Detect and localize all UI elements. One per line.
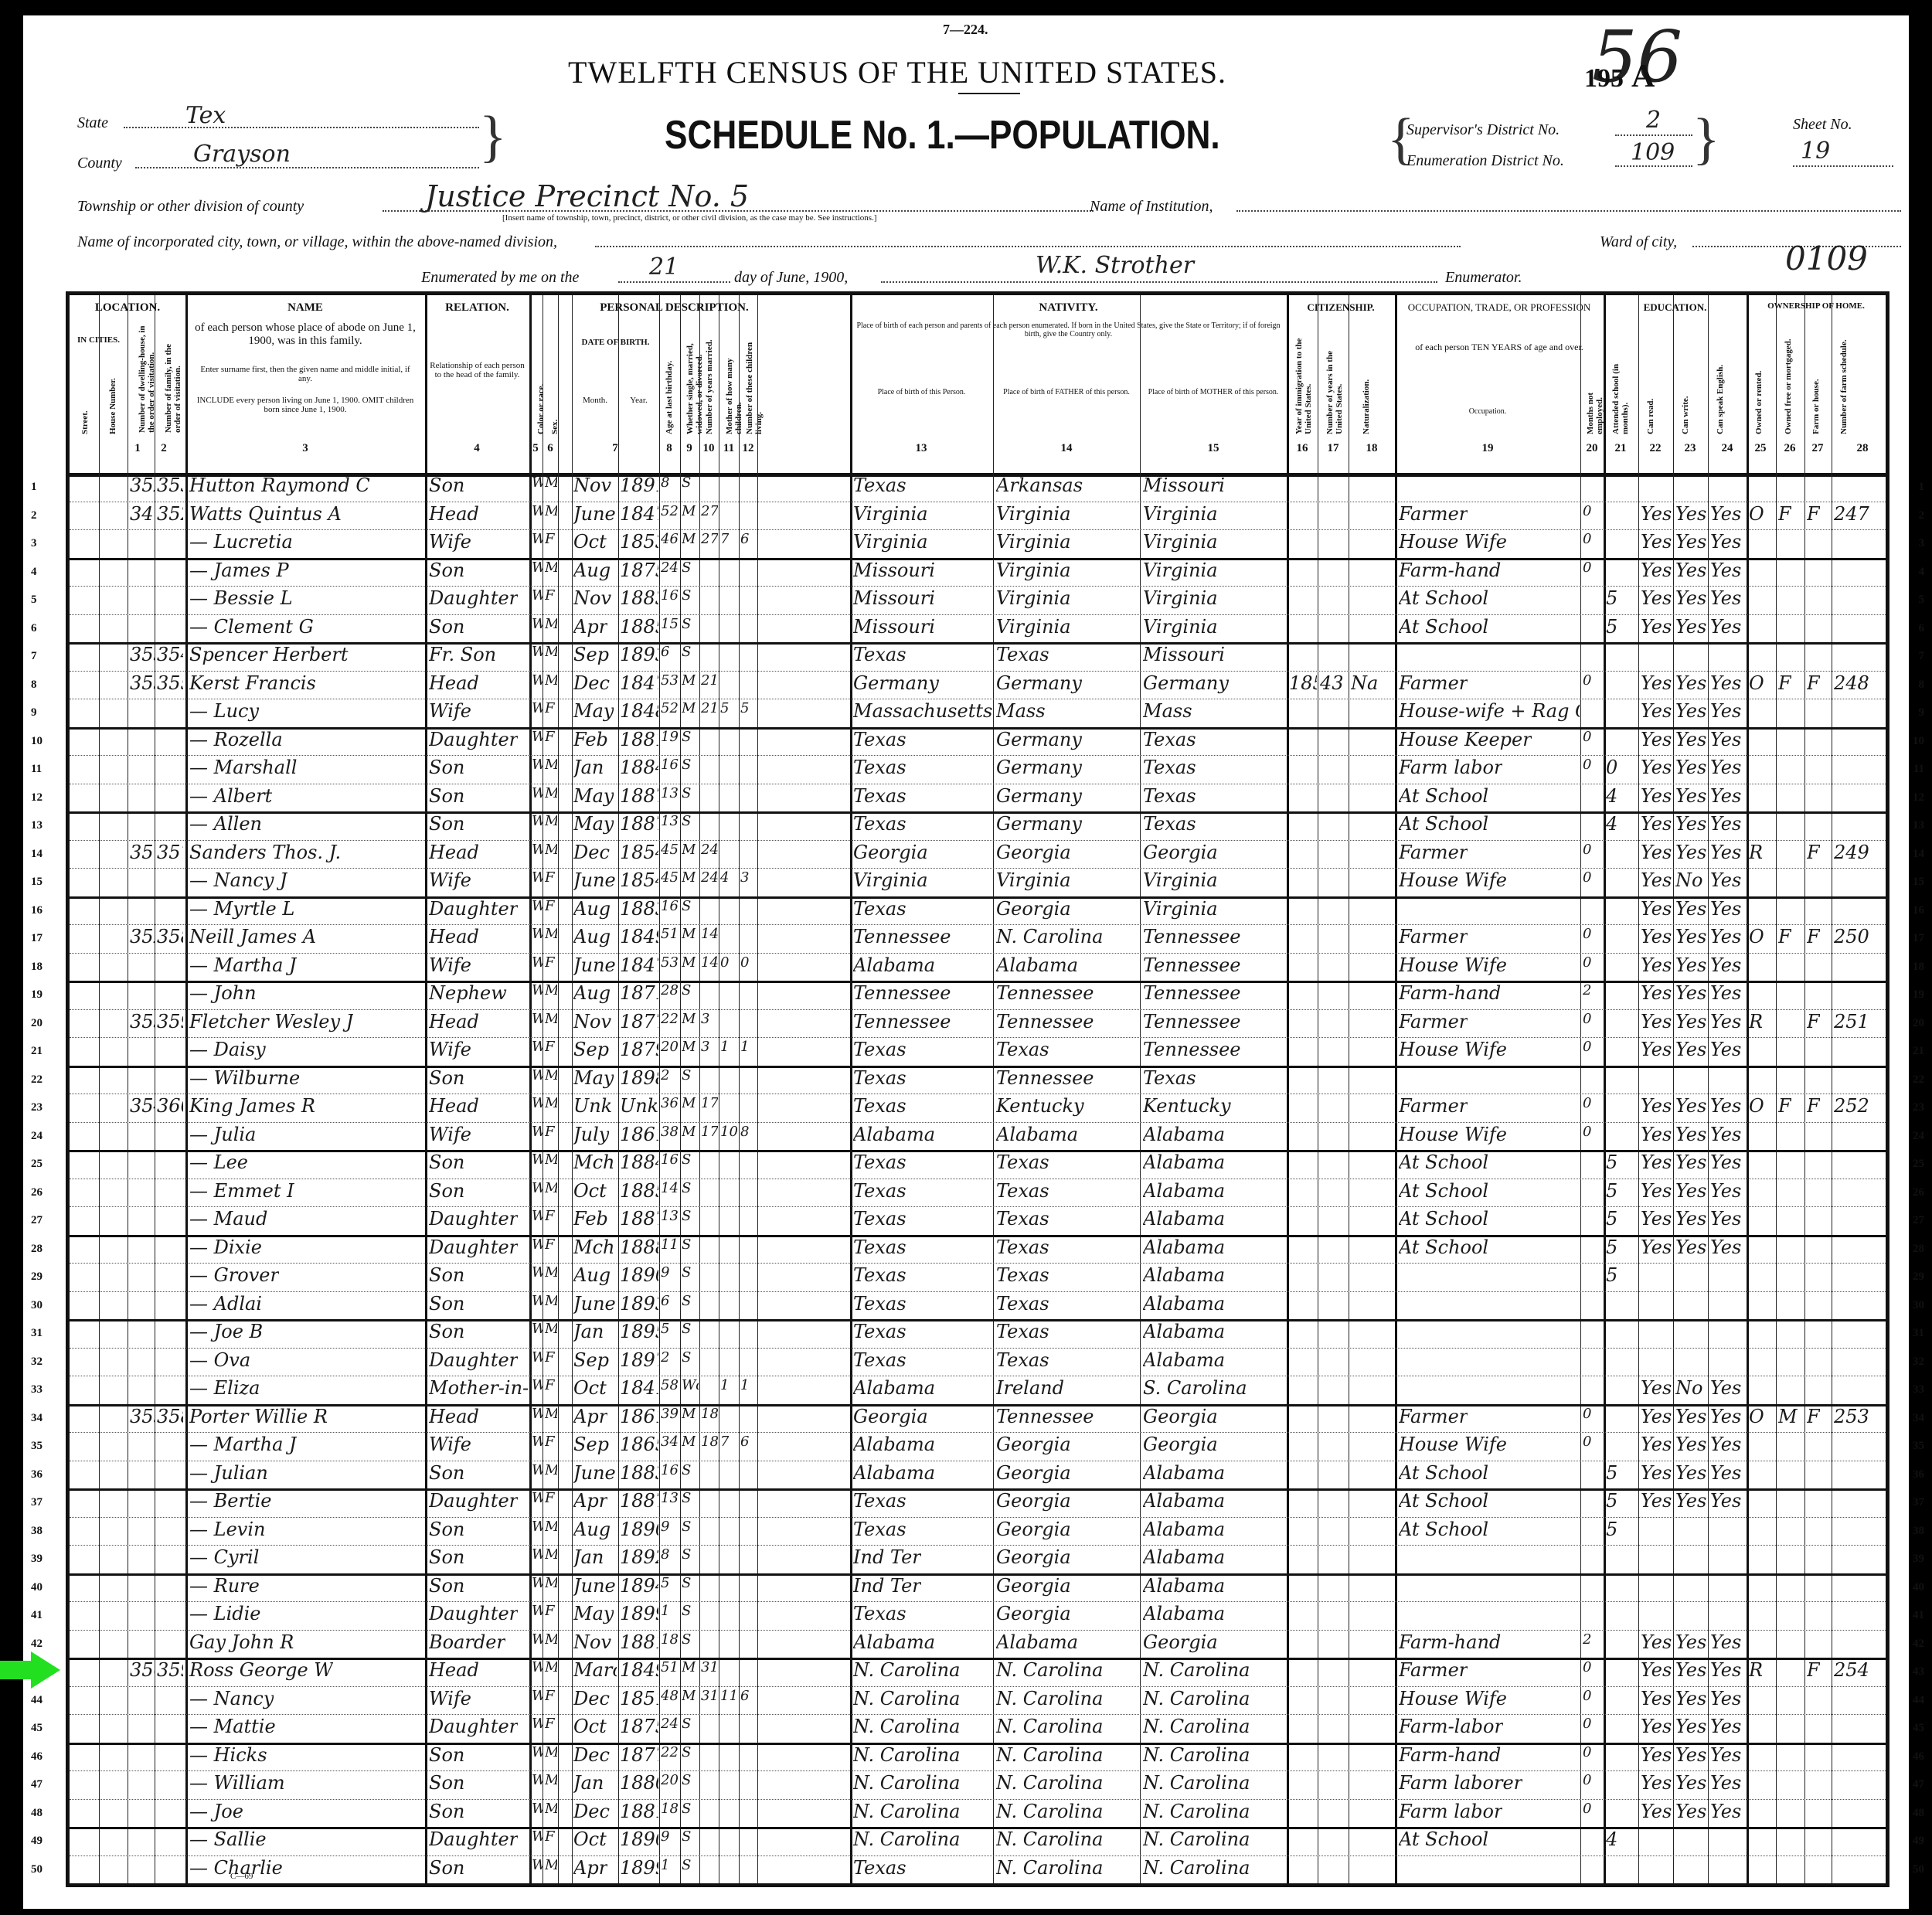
table-header: LOCATION. IN CITIES. Street. House Numbe… <box>70 295 1886 477</box>
cell-mu: 0 <box>1583 1716 1591 1732</box>
cell-age: 58 <box>661 1377 679 1393</box>
cell-year: 1861 <box>620 1406 658 1427</box>
cell-fam: 358 <box>157 1406 183 1427</box>
cell-rd: Yes <box>1641 785 1672 807</box>
cell-year: Unk <box>620 1095 658 1117</box>
cell-month: Sep <box>573 1349 609 1371</box>
cell-wr: Yes <box>1675 1208 1706 1230</box>
table-row: — WilburneSonWMMay18982STexasTennesseeTe… <box>70 1066 1886 1095</box>
line-number: 17 <box>31 932 43 945</box>
cell-name: — Bertie <box>189 1490 271 1512</box>
cell-mar: S <box>682 1744 691 1760</box>
cell-fpob: Tennessee <box>996 1406 1094 1427</box>
cell-name: — Hicks <box>189 1744 267 1766</box>
line-number: 40 <box>1913 1581 1924 1594</box>
cell-month: Nov <box>573 1631 611 1653</box>
cell-own: O <box>1749 1095 1764 1117</box>
cell-fm: M <box>1778 1406 1798 1427</box>
cell-sex: F <box>545 1349 555 1366</box>
township-instruction: [Insert name of township, town, precinct… <box>502 213 877 223</box>
cell-color: W <box>532 1716 543 1732</box>
cell-sex: M <box>545 560 557 576</box>
cell-mar: S <box>682 1236 691 1253</box>
cell-color: W <box>532 1575 543 1591</box>
cell-fpob: Virginia <box>996 531 1071 553</box>
line-number: 12 <box>1913 791 1924 804</box>
cell-name: — Dixie <box>189 1236 262 1258</box>
cell-occ: Farm labor <box>1399 1801 1502 1822</box>
column-number: 6 <box>543 442 558 455</box>
cell-month: Aug <box>573 560 611 581</box>
line-number: 6 <box>1919 622 1925 635</box>
line-number: 39 <box>1913 1553 1924 1566</box>
cell-fpob: Virginia <box>996 560 1071 581</box>
cell-mpob: Virginia <box>1143 503 1218 525</box>
cell-sex: M <box>545 1180 557 1196</box>
table-row: — RureSonWMJune18945SInd TerGeorgiaAlaba… <box>70 1573 1886 1603</box>
cell-name: — Lucy <box>189 700 259 722</box>
cell-fpob: Georgia <box>996 1519 1071 1540</box>
table-row: — JohnNephewWMAug187128STennesseeTenness… <box>70 981 1886 1010</box>
cell-sex: F <box>545 1236 555 1253</box>
cell-mo: 4 <box>720 869 729 886</box>
line-number: 29 <box>31 1270 43 1284</box>
cell-name: Sanders Thos. J. <box>189 842 341 863</box>
cell-en: Yes <box>1710 1801 1741 1822</box>
cell-pob: Texas <box>853 1067 906 1089</box>
cell-dw: 354 <box>130 1095 155 1117</box>
cell-mu: 2 <box>1583 982 1591 998</box>
cell-en: Yes <box>1710 616 1741 638</box>
cell-color: W <box>532 785 543 801</box>
cell-rel: Daughter <box>429 729 518 750</box>
line-number: 26 <box>1913 1186 1924 1199</box>
cell-color: W <box>532 1519 543 1535</box>
cell-rel: Boarder <box>429 1631 505 1653</box>
cell-age: 16 <box>661 1151 679 1168</box>
table-row: — NancyWifeWFDec185148M31116N. CarolinaN… <box>70 1686 1886 1716</box>
cell-rd: Yes <box>1641 1180 1672 1202</box>
cell-wr: Yes <box>1675 785 1706 807</box>
sheet-value: 19 <box>1801 138 1830 165</box>
line-number: 42 <box>1913 1638 1924 1651</box>
column-number: 26 <box>1782 442 1798 455</box>
cell-sex: M <box>545 1095 557 1111</box>
cell-age: 53 <box>661 672 679 689</box>
cell-rd: Yes <box>1641 587 1672 609</box>
line-number: 1 <box>31 481 37 494</box>
cell-mar: M <box>682 1434 696 1450</box>
cell-immig: 1857 <box>1289 672 1317 694</box>
cell-color: W <box>532 1744 543 1760</box>
table-row: — Myrtle LDaughterWFAug188316STexasGeorg… <box>70 896 1886 926</box>
cell-rd: Yes <box>1641 672 1672 694</box>
line-number: 18 <box>1913 961 1924 974</box>
cell-wr: Yes <box>1675 898 1706 920</box>
cell-sex: M <box>545 1067 557 1083</box>
table-row: — LucyWifeWFMay184852M2155MassachusettsM… <box>70 699 1886 730</box>
cell-pob: Texas <box>853 1208 906 1230</box>
cell-mar: M <box>682 926 696 942</box>
cell-sex: F <box>545 1124 555 1140</box>
cell-rel: Son <box>429 1151 464 1173</box>
cell-rd: Yes <box>1641 1659 1672 1681</box>
cell-color: W <box>532 954 543 971</box>
cell-name: Spencer Herbert <box>189 644 349 665</box>
cell-mo: 1 <box>720 1039 729 1055</box>
cell-name: — Albert <box>189 785 272 807</box>
cell-rd: Yes <box>1641 954 1672 976</box>
supervisor-label: Supervisor's District No. <box>1406 121 1560 139</box>
column-number: 10 <box>701 442 716 455</box>
cell-ym: 14 <box>701 954 718 971</box>
line-number: 34 <box>1913 1412 1924 1425</box>
cell-month: May <box>573 1067 614 1089</box>
line-number: 47 <box>31 1778 43 1791</box>
cell-rd: Yes <box>1641 1011 1672 1032</box>
cell-mar: S <box>682 1151 691 1168</box>
cell-pob: Georgia <box>853 1406 928 1427</box>
cell-mpob: Virginia <box>1143 587 1218 609</box>
cell-year: 1847 <box>620 672 658 694</box>
line-number: 5 <box>1919 594 1925 607</box>
cell-mpob: Tennessee <box>1143 1039 1241 1060</box>
cell-mpob: Texas <box>1143 1067 1196 1089</box>
cell-name: — Bessie L <box>189 587 293 609</box>
cell-rel: Son <box>429 1067 464 1089</box>
cell-pob: Georgia <box>853 842 928 863</box>
cell-wr: Yes <box>1675 560 1706 581</box>
table-row: 352353Hutton Raymond CSonWMNov18918STexa… <box>70 473 1886 502</box>
cell-month: Oct <box>573 1377 607 1399</box>
cell-sex: F <box>545 1490 555 1506</box>
line-number: 30 <box>1913 1299 1924 1312</box>
cell-rel: Daughter <box>429 587 518 609</box>
cell-fpob: N. Carolina <box>996 1688 1103 1709</box>
cell-year: 1894 <box>620 1575 658 1597</box>
cell-rel: Daughter <box>429 1716 518 1737</box>
cell-age: 13 <box>661 1490 679 1506</box>
cell-fam: 360 <box>157 1095 183 1117</box>
cell-ym: 27 <box>701 531 718 547</box>
cell-en: Yes <box>1710 869 1741 891</box>
cell-month: Apr <box>573 1857 607 1879</box>
city-label: Name of incorporated city, town, or vill… <box>77 233 557 251</box>
cell-att: 4 <box>1606 1828 1617 1850</box>
cell-pob: Texas <box>853 1095 906 1117</box>
cell-mar: M <box>682 869 696 886</box>
column-number: 2 <box>156 442 172 455</box>
line-number: 44 <box>1913 1694 1924 1707</box>
cell-rel: Daughter <box>429 1236 518 1258</box>
cell-pob: N. Carolina <box>853 1659 960 1681</box>
cell-color: W <box>532 1349 543 1366</box>
cell-mu: 0 <box>1583 503 1591 519</box>
cell-color: W <box>532 1546 543 1563</box>
cell-mpob: Virginia <box>1143 560 1218 581</box>
cell-year: 1841 <box>620 1377 658 1399</box>
township-value: Justice Precinct No. 5 <box>425 179 749 213</box>
line-number: 37 <box>1913 1496 1924 1509</box>
cell-wr: Yes <box>1675 1124 1706 1145</box>
cell-rel: Nephew <box>429 982 507 1004</box>
cell-fm: F <box>1778 503 1791 525</box>
cell-mpob: Germany <box>1143 672 1229 694</box>
line-number: 5 <box>31 594 37 607</box>
cell-sex: M <box>545 1406 557 1422</box>
cell-wr: Yes <box>1675 700 1706 722</box>
line-number: 7 <box>31 650 37 663</box>
line-number: 14 <box>1913 848 1924 861</box>
cell-wr: Yes <box>1675 1011 1706 1032</box>
cell-wr: Yes <box>1675 672 1706 694</box>
line-number: 39 <box>31 1553 43 1566</box>
table-row: — DaisyWifeWFSep187920M311TexasTexasTenn… <box>70 1037 1886 1068</box>
cell-occ: House Wife <box>1399 1039 1507 1060</box>
cell-own: R <box>1749 842 1763 863</box>
cell-pob: Alabama <box>853 1377 935 1399</box>
cell-rel: Son <box>429 1575 464 1597</box>
column-number: 3 <box>298 442 313 455</box>
cell-pob: Tennessee <box>853 982 951 1004</box>
cell-age: 28 <box>661 982 679 998</box>
cell-sex: M <box>545 1575 557 1591</box>
cell-age: 36 <box>661 1095 679 1111</box>
cell-wr: Yes <box>1675 1236 1706 1258</box>
cell-mar: S <box>682 1264 691 1281</box>
cell-occ: At School <box>1399 616 1488 638</box>
cell-en: Yes <box>1710 1744 1741 1766</box>
cell-fh: F <box>1807 672 1820 694</box>
cell-mu: 0 <box>1583 842 1591 858</box>
cell-pob: Texas <box>853 1180 906 1202</box>
cell-fam: 358 <box>157 926 183 947</box>
cell-mar: S <box>682 1349 691 1366</box>
cell-fpob: Texas <box>996 1293 1049 1315</box>
cell-wr: Yes <box>1675 813 1706 835</box>
census-page: 7—224. TWELFTH CENSUS OF THE UNITED STAT… <box>23 15 1909 1909</box>
column-number: 27 <box>1810 442 1825 455</box>
cell-sex: F <box>545 729 555 745</box>
line-number: 27 <box>31 1214 43 1227</box>
cell-year: 1877 <box>620 1744 658 1766</box>
cell-occ: Farmer <box>1399 926 1468 947</box>
cell-mu: 0 <box>1583 757 1591 773</box>
cell-mo: 5 <box>720 700 729 716</box>
line-number: 33 <box>31 1383 43 1396</box>
cell-en: Yes <box>1710 587 1741 609</box>
cell-own: O <box>1749 503 1764 525</box>
cell-name: — Levin <box>189 1519 265 1540</box>
cell-rel: Head <box>429 1406 479 1427</box>
cell-sex: F <box>545 954 555 971</box>
cell-rel: Son <box>429 1857 464 1879</box>
cell-wr: Yes <box>1675 1744 1706 1766</box>
cell-rd: Yes <box>1641 813 1672 835</box>
cell-rd: Yes <box>1641 1124 1672 1145</box>
cell-rel: Head <box>429 926 479 947</box>
cell-occ: At School <box>1399 1180 1488 1202</box>
table-row: — AdlaiSonWMJune18936STexasTexasAlabama3… <box>70 1291 1886 1322</box>
column-number: 25 <box>1753 442 1768 455</box>
cell-mar: M <box>682 842 696 858</box>
cell-occ: Farmer <box>1399 503 1468 525</box>
cell-color: W <box>532 1462 543 1478</box>
cell-pob: Texas <box>853 644 906 665</box>
cell-color: W <box>532 1067 543 1083</box>
cell-rel: Son <box>429 813 464 835</box>
line-number: 10 <box>1913 735 1924 748</box>
cell-sex: M <box>545 1321 557 1337</box>
cell-year: 1865 <box>620 1434 658 1455</box>
table-row: — AllenSonWMMay188713STexasGermanyTexasA… <box>70 811 1886 841</box>
cell-ym: 3 <box>701 1011 709 1027</box>
cell-fs: 252 <box>1834 1095 1869 1117</box>
cell-occ: At School <box>1399 1236 1488 1258</box>
cell-age: 9 <box>661 1264 669 1281</box>
table-row: 351357Sanders Thos. J.HeadWMDec185445M24… <box>70 840 1886 869</box>
cell-rd: Yes <box>1641 1039 1672 1060</box>
cell-fh: F <box>1807 503 1820 525</box>
cell-mpob: N. Carolina <box>1143 1688 1250 1709</box>
cell-occ: At School <box>1399 1519 1488 1540</box>
cell-mar: S <box>682 1716 691 1732</box>
enumerator-name: W.K. Strother <box>1036 252 1194 279</box>
cell-mar: S <box>682 1772 691 1788</box>
cell-cl: 6 <box>740 1688 749 1704</box>
cell-occ: House Wife <box>1399 1124 1507 1145</box>
cell-rd: Yes <box>1641 1377 1672 1399</box>
cell-age: 1 <box>661 1603 669 1619</box>
line-number: 25 <box>1913 1158 1924 1171</box>
cell-mpob: N. Carolina <box>1143 1744 1250 1766</box>
cell-att: 4 <box>1606 813 1617 835</box>
cell-fpob: Tennessee <box>996 1011 1094 1032</box>
cell-mpob: Alabama <box>1143 1180 1225 1202</box>
cell-pob: N. Carolina <box>853 1688 960 1709</box>
cell-sex: F <box>545 587 555 604</box>
cell-name: — Lee <box>189 1151 248 1173</box>
cell-mar: S <box>682 1293 691 1309</box>
cell-occ: House Wife <box>1399 869 1507 891</box>
cell-fam: 355 <box>157 672 183 694</box>
cell-mpob: N. Carolina <box>1143 1801 1250 1822</box>
line-number: 48 <box>1913 1807 1924 1820</box>
column-number: 20 <box>1584 442 1600 455</box>
cell-fpob: Mass <box>996 700 1046 722</box>
cell-fpob: Germany <box>996 757 1082 778</box>
line-number: 9 <box>1919 706 1925 719</box>
cell-fpob: Georgia <box>996 842 1071 863</box>
line-number: 27 <box>1913 1214 1924 1227</box>
cell-month: June <box>573 1575 616 1597</box>
cell-name: — Allen <box>189 813 262 835</box>
table-row: — JuliaWifeWFJuly186138M17108AlabamaAlab… <box>70 1122 1886 1153</box>
cell-name: King James R <box>189 1095 315 1117</box>
cell-rd: Yes <box>1641 1434 1672 1455</box>
line-number: 44 <box>31 1694 43 1707</box>
cell-month: Apr <box>573 1490 607 1512</box>
cell-rel: Wife <box>429 869 471 891</box>
line-number: 38 <box>31 1525 43 1538</box>
cell-en: Yes <box>1710 1039 1741 1060</box>
table-row: — SallieDaughterWFOct18909SN. CarolinaN.… <box>70 1827 1886 1856</box>
line-number: 30 <box>31 1299 43 1312</box>
cell-mar: S <box>682 1546 691 1563</box>
cell-own: O <box>1749 926 1764 947</box>
cell-age: 52 <box>661 503 679 519</box>
table-row: — AlbertSonWMMay188713STexasGermanyTexas… <box>70 784 1886 815</box>
cell-month: Mch <box>573 1151 614 1173</box>
cell-rel: Son <box>429 1321 464 1342</box>
cell-mpob: Georgia <box>1143 1434 1218 1455</box>
cell-wr: Yes <box>1675 503 1706 525</box>
table-row: — DixieDaughterWFMch188811STexasTexasAla… <box>70 1235 1886 1264</box>
cell-mpob: Missouri <box>1143 474 1225 496</box>
cell-occ: Farmer <box>1399 842 1468 863</box>
cell-year: 1847 <box>620 954 658 976</box>
cell-mpob: Texas <box>1143 729 1196 750</box>
cell-mpob: Alabama <box>1143 1124 1225 1145</box>
cell-sex: M <box>545 644 557 660</box>
cell-pob: Texas <box>853 757 906 778</box>
table-row: 353355Kerst FrancisHeadWMDec184753M21Ger… <box>70 671 1886 700</box>
cell-rel: Wife <box>429 1039 471 1060</box>
line-number: 19 <box>31 988 43 1002</box>
cell-color: W <box>532 1151 543 1168</box>
cell-rd: Yes <box>1641 898 1672 920</box>
cell-en: Yes <box>1710 1659 1741 1681</box>
line-number: 31 <box>1913 1327 1924 1340</box>
cell-wr: Yes <box>1675 1631 1706 1653</box>
cell-pob: Texas <box>853 813 906 835</box>
cell-wr: Yes <box>1675 1801 1706 1822</box>
cell-month: June <box>573 503 616 525</box>
cell-fs: 254 <box>1834 1659 1869 1681</box>
cell-en: Yes <box>1710 1377 1741 1399</box>
cell-occ: Farm-hand <box>1399 982 1501 1004</box>
cell-mu: 2 <box>1583 1631 1591 1648</box>
cell-age: 16 <box>661 757 679 773</box>
cell-name: — Julia <box>189 1124 256 1145</box>
line-number: 14 <box>31 848 43 861</box>
cell-name: — Marshall <box>189 757 297 778</box>
cell-rel: Son <box>429 757 464 778</box>
cell-month: May <box>573 785 614 807</box>
cell-year: 1890 <box>620 1519 658 1540</box>
cell-age: 16 <box>661 898 679 914</box>
cell-rel: Son <box>429 1772 464 1794</box>
cell-cl: 0 <box>740 954 749 971</box>
cell-fs: 249 <box>1834 842 1869 863</box>
cell-year: 1899 <box>620 1603 658 1624</box>
cell-occ: Farm-hand <box>1399 1631 1501 1653</box>
column-number: 4 <box>469 442 485 455</box>
cell-rel: Son <box>429 1264 464 1286</box>
cell-rd: Yes <box>1641 1208 1672 1230</box>
cell-fpob: Germany <box>996 785 1082 807</box>
cell-rd: Yes <box>1641 1631 1672 1653</box>
cell-occ: House Wife <box>1399 531 1507 553</box>
cell-mar: M <box>682 531 696 547</box>
cell-occ: Farmer <box>1399 1659 1468 1681</box>
cell-month: Nov <box>573 587 611 609</box>
cell-sex: M <box>545 813 557 829</box>
cell-wr: Yes <box>1675 1716 1706 1737</box>
cell-en: Yes <box>1710 1490 1741 1512</box>
footer-code: C—69 <box>230 1872 253 1881</box>
cell-month: May <box>573 813 614 835</box>
